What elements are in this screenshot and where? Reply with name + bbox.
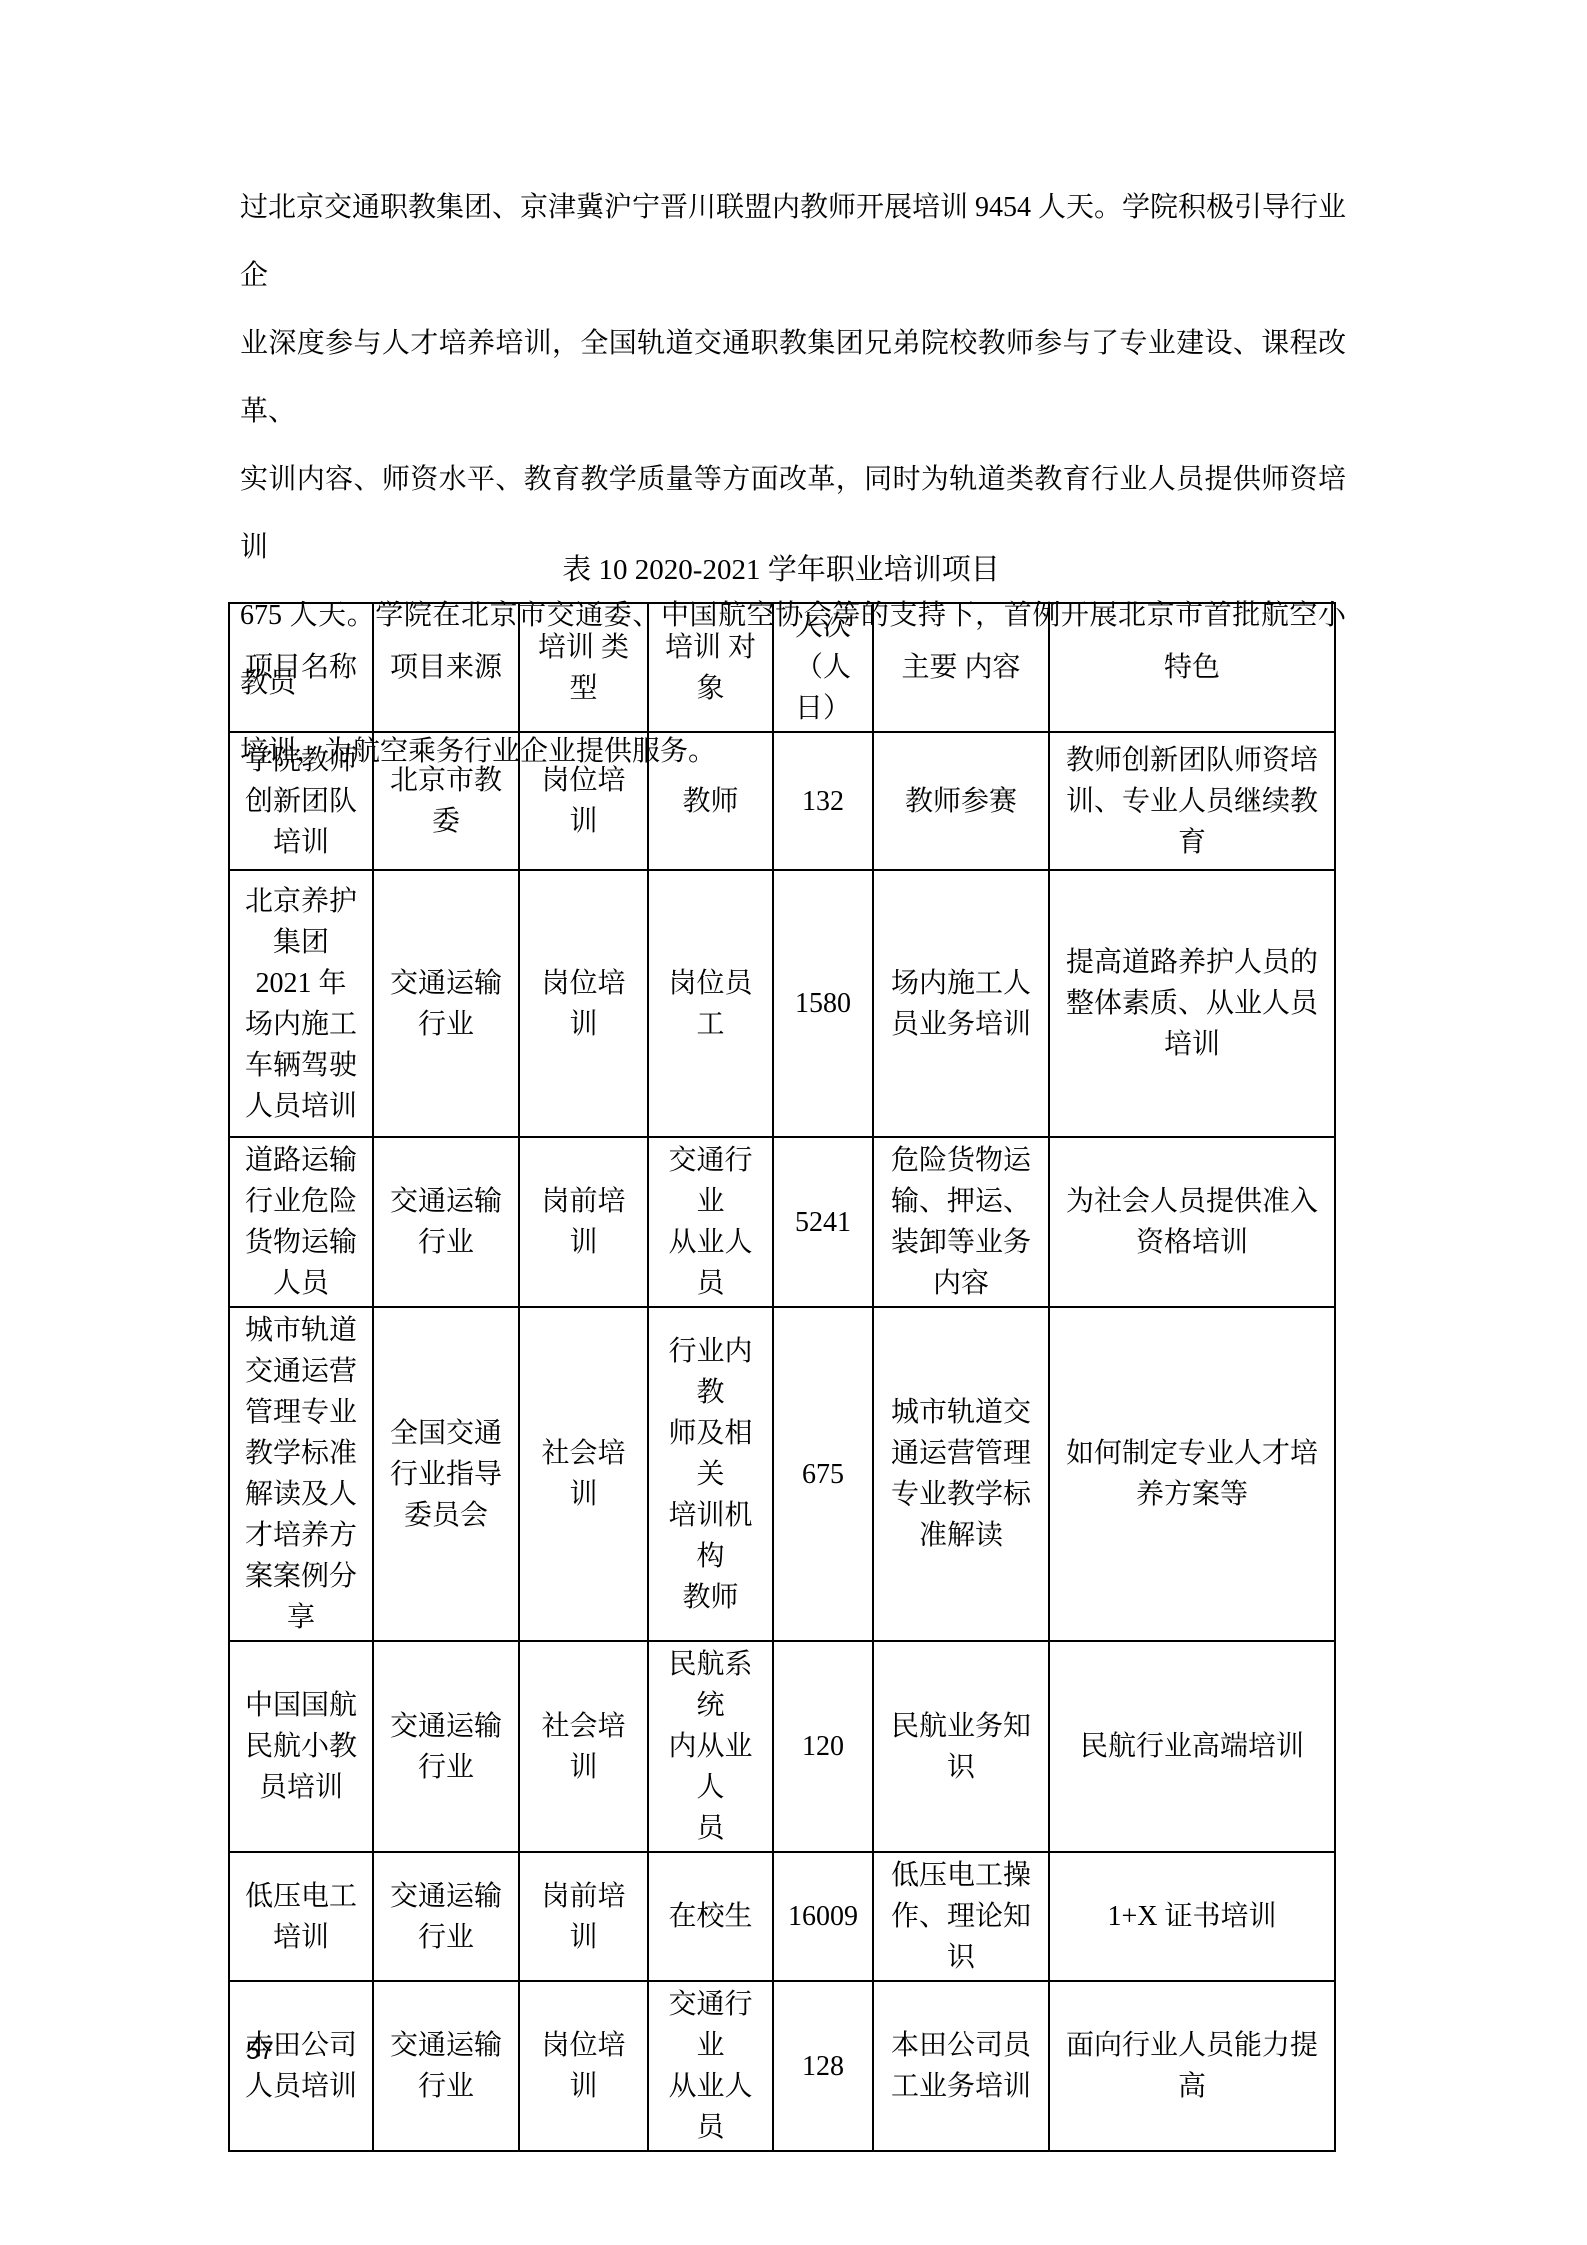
cell-features: 为社会人员提供准入 资格培训 [1049,1137,1335,1307]
cell-main-content: 低压电工操 作、理论知 识 [873,1852,1049,1981]
cell-project-name: 城市轨道 交通运营 管理专业 教学标准 解读及人 才培养方 案案例分 享 [229,1307,373,1641]
cell-person-times: 1580 [773,870,873,1137]
cell-training-type: 岗前培 训 [519,1852,648,1981]
header-cell-training-type: 培训 类 型 [519,603,648,732]
cell-features: 教师创新团队师资培 训、专业人员继续教 育 [1049,732,1335,870]
cell-training-target: 岗位员 工 [648,870,773,1137]
cell-features: 如何制定专业人才培 养方案等 [1049,1307,1335,1641]
cell-project-source: 交通运输 行业 [373,1981,519,2151]
cell-training-type: 社会培 训 [519,1307,648,1641]
cell-person-times: 675 [773,1307,873,1641]
page-number: 57 [246,2036,274,2066]
cell-project-name: 北京养护 集团 2021 年 场内施工 车辆驾驶 人员培训 [229,870,373,1137]
cell-training-type: 岗位培 训 [519,1981,648,2151]
cell-project-name: 学院教师 创新团队 培训 [229,732,373,870]
cell-main-content: 教师参赛 [873,732,1049,870]
cell-training-type: 岗位培 训 [519,732,648,870]
header-cell-project-name: 项目名称 [229,603,373,732]
cell-main-content: 场内施工人 员业务培训 [873,870,1049,1137]
cell-training-type: 岗位培 训 [519,870,648,1137]
training-projects-table: 项目名称 项目来源 培训 类 型 培训 对 象 人次 （人 日） 主要 内容 特… [228,602,1336,2152]
table-header-row: 项目名称 项目来源 培训 类 型 培训 对 象 人次 （人 日） 主要 内容 特… [229,603,1335,732]
cell-project-name: 道路运输 行业危险 货物运输 人员 [229,1137,373,1307]
cell-project-source: 北京市教 委 [373,732,519,870]
cell-main-content: 危险货物运 输、押运、 装卸等业务 内容 [873,1137,1049,1307]
cell-features: 1+X 证书培训 [1049,1852,1335,1981]
cell-features: 提高道路养护人员的 整体素质、从业人员 培训 [1049,870,1335,1137]
cell-project-name: 中国国航 民航小教 员培训 [229,1641,373,1852]
table-row: 低压电工 培训 交通运输 行业 岗前培 训 在校生 16009 低压电工操 作、… [229,1852,1335,1981]
cell-main-content: 城市轨道交 通运营管理 专业教学标 准解读 [873,1307,1049,1641]
cell-person-times: 132 [773,732,873,870]
cell-training-target: 交通行业 从业人员 [648,1981,773,2151]
header-cell-features: 特色 [1049,603,1335,732]
table-row: 中国国航 民航小教 员培训 交通运输 行业 社会培 训 民航系统 内从业人 员 … [229,1641,1335,1852]
cell-person-times: 16009 [773,1852,873,1981]
cell-training-type: 岗前培 训 [519,1137,648,1307]
cell-person-times: 128 [773,1981,873,2151]
table-row: 城市轨道 交通运营 管理专业 教学标准 解读及人 才培养方 案案例分 享 全国交… [229,1307,1335,1641]
cell-training-type: 社会培 训 [519,1641,648,1852]
document-page: 过北京交通职教集团、京津冀沪宁晋川联盟内教师开展培训 9454 人天。学院积极引… [0,0,1587,2245]
cell-training-target: 教师 [648,732,773,870]
cell-person-times: 5241 [773,1137,873,1307]
table-row: 学院教师 创新团队 培训 北京市教 委 岗位培 训 教师 132 教师参赛 教师… [229,732,1335,870]
cell-project-source: 全国交通 行业指导 委员会 [373,1307,519,1641]
cell-features: 面向行业人员能力提 高 [1049,1981,1335,2151]
cell-project-source: 交通运输 行业 [373,1852,519,1981]
cell-features: 民航行业高端培训 [1049,1641,1335,1852]
cell-training-target: 在校生 [648,1852,773,1981]
table-row: 本田公司 人员培训 交通运输 行业 岗位培 训 交通行业 从业人员 128 本田… [229,1981,1335,2151]
header-cell-main-content: 主要 内容 [873,603,1049,732]
table-title: 表 10 2020-2021 学年职业培训项目 [228,552,1334,588]
cell-project-source: 交通运输 行业 [373,870,519,1137]
cell-project-source: 交通运输 行业 [373,1641,519,1852]
table-row: 北京养护 集团 2021 年 场内施工 车辆驾驶 人员培训 交通运输 行业 岗位… [229,870,1335,1137]
cell-training-target: 交通行业 从业人员 [648,1137,773,1307]
cell-project-name: 本田公司 人员培训 [229,1981,373,2151]
table-row: 道路运输 行业危险 货物运输 人员 交通运输 行业 岗前培 训 交通行业 从业人… [229,1137,1335,1307]
header-cell-project-source: 项目来源 [373,603,519,732]
cell-training-target: 民航系统 内从业人 员 [648,1641,773,1852]
header-cell-person-times: 人次 （人 日） [773,603,873,732]
cell-main-content: 民航业务知 识 [873,1641,1049,1852]
cell-project-name: 低压电工 培训 [229,1852,373,1981]
cell-main-content: 本田公司员 工业务培训 [873,1981,1049,2151]
header-cell-training-target: 培训 对 象 [648,603,773,732]
cell-person-times: 120 [773,1641,873,1852]
cell-training-target: 行业内教 师及相关 培训机构 教师 [648,1307,773,1641]
cell-project-source: 交通运输 行业 [373,1137,519,1307]
